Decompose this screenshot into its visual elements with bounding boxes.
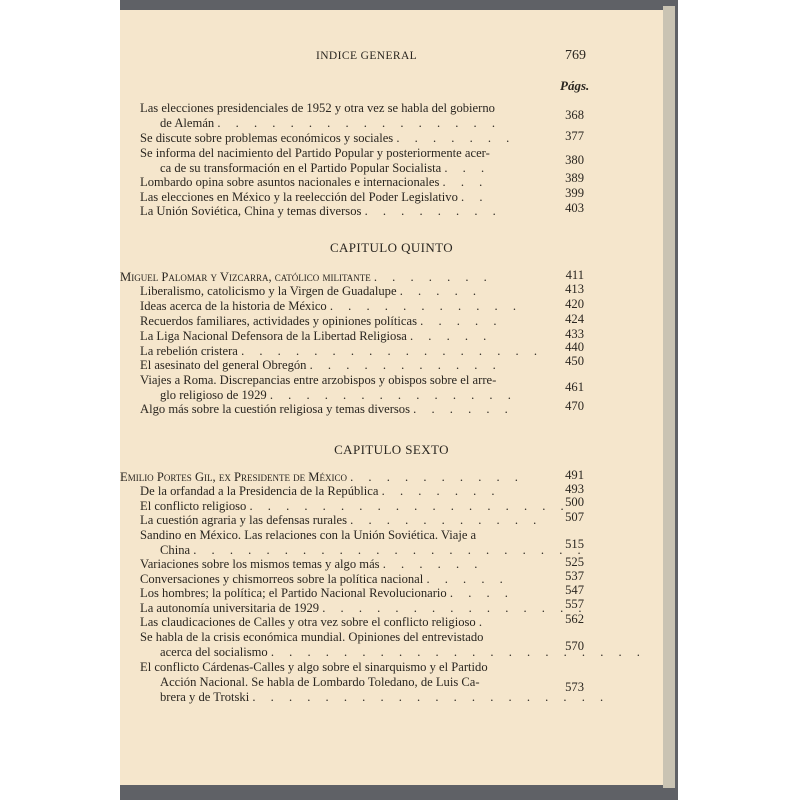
book-page: INDICE GENERAL 769 Págs. Las elecciones … <box>120 10 663 785</box>
toc-page-ref: 411 <box>544 268 584 283</box>
toc-entry: Lombardo opina sobre asuntos nacionales … <box>140 175 488 190</box>
toc-page-ref: 491 <box>544 468 584 483</box>
toc-page-ref: 413 <box>544 282 584 297</box>
toc-page-ref: 377 <box>544 129 584 144</box>
toc-entry: El conflicto religioso . . . . . . . . .… <box>140 499 570 514</box>
toc-entry: Se habla de la crisis económica mundial.… <box>140 630 483 645</box>
toc-entry: Ideas acerca de la historia de México . … <box>140 299 522 314</box>
toc-entry: Las claudicaciones de Calles y otra vez … <box>140 615 488 630</box>
toc-entry: Las elecciones presidenciales de 1952 y … <box>140 101 495 116</box>
toc-entry: Viajes a Roma. Discrepancias entre arzob… <box>140 373 496 388</box>
toc-entry: La cuestión agraria y las defensas rural… <box>140 513 542 528</box>
toc-entry: La autonomía universitaria de 1929 . . .… <box>140 601 588 616</box>
toc-entry: Sandino en México. Las relaciones con la… <box>140 528 476 543</box>
toc-entry: Recuerdos familiares, actividades y opin… <box>140 314 502 329</box>
toc-entry-cont: de Alemán . . . . . . . . . . . . . . . … <box>160 116 501 131</box>
toc-page-ref: 500 <box>544 495 584 510</box>
toc-main-entry: Emilio Portes Gil, ex Presidente de Méxi… <box>120 470 524 485</box>
toc-page-ref: 525 <box>544 555 584 570</box>
toc-page-ref: 380 <box>544 153 584 168</box>
toc-page-ref: 368 <box>544 108 584 123</box>
page-edge <box>663 6 675 788</box>
toc-entry-cont: Acción Nacional. Se habla de Lombardo To… <box>160 675 480 690</box>
running-header: INDICE GENERAL 769 <box>120 48 663 64</box>
toc-page-ref: 399 <box>544 186 584 201</box>
toc-entry: La rebelión cristera . . . . . . . . . .… <box>140 344 543 359</box>
toc-entry: El conflicto Cárdenas-Calles y algo sobr… <box>140 660 488 675</box>
toc-page-ref: 570 <box>544 639 584 654</box>
toc-entry-cont: ca de su transformación en el Partido Po… <box>160 161 490 176</box>
toc-entry: La Unión Soviética, China y temas divers… <box>140 204 502 219</box>
toc-main-entry: Miguel Palomar y Vizcarra, católico mili… <box>120 270 493 285</box>
toc-entry: Las elecciones en México y la reelección… <box>140 190 488 205</box>
running-header-title: INDICE GENERAL <box>316 50 417 62</box>
toc-page-ref: 450 <box>544 354 584 369</box>
toc-entry-cont: China . . . . . . . . . . . . . . . . . … <box>160 543 587 558</box>
toc-page-ref: 461 <box>544 380 584 395</box>
toc-page-ref: 547 <box>544 583 584 598</box>
chapter-heading: CAPITULO SEXTO <box>120 442 663 458</box>
toc-page-ref: 573 <box>544 680 584 695</box>
toc-page-ref: 537 <box>544 569 584 584</box>
toc-entry: De la orfandad a la Presidencia de la Re… <box>140 484 501 499</box>
toc-entry: Variaciones sobre los mismos temas y alg… <box>140 557 483 572</box>
toc-entry: Conversaciones y chismorreos sobre la po… <box>140 572 509 587</box>
toc-entry: Los hombres; la política; el Partido Nac… <box>140 586 514 601</box>
toc-page-ref: 562 <box>544 612 584 627</box>
toc-page-ref: 470 <box>544 399 584 414</box>
toc-page-ref: 389 <box>544 171 584 186</box>
toc-page-ref: 420 <box>544 297 584 312</box>
toc-page-ref: 424 <box>544 312 584 327</box>
pages-column-label: Págs. <box>560 78 589 94</box>
toc-page-ref: 403 <box>544 201 584 216</box>
toc-page-ref: 515 <box>544 537 584 552</box>
toc-entry-cont: brera y de Trotski . . . . . . . . . . .… <box>160 690 609 705</box>
toc-entry: Algo más sobre la cuestión religiosa y t… <box>140 402 514 417</box>
toc-entry: Se discute sobre problemas económicos y … <box>140 131 515 146</box>
chapter-heading: CAPITULO QUINTO <box>120 240 663 256</box>
toc-entry-cont: glo religioso de 1929 . . . . . . . . . … <box>160 388 517 403</box>
toc-entry: La Liga Nacional Defensora de la Liberta… <box>140 329 492 344</box>
toc-entry: El asesinato del general Obregón . . . .… <box>140 358 502 373</box>
toc-entry: Se informa del nacimiento del Partido Po… <box>140 146 490 161</box>
toc-page-ref: 440 <box>544 340 584 355</box>
toc-entry: Liberalismo, catolicismo y la Virgen de … <box>140 284 482 299</box>
toc-page-ref: 507 <box>544 510 584 525</box>
page-number: 769 <box>565 48 586 64</box>
toc-page-ref: 557 <box>544 597 584 612</box>
